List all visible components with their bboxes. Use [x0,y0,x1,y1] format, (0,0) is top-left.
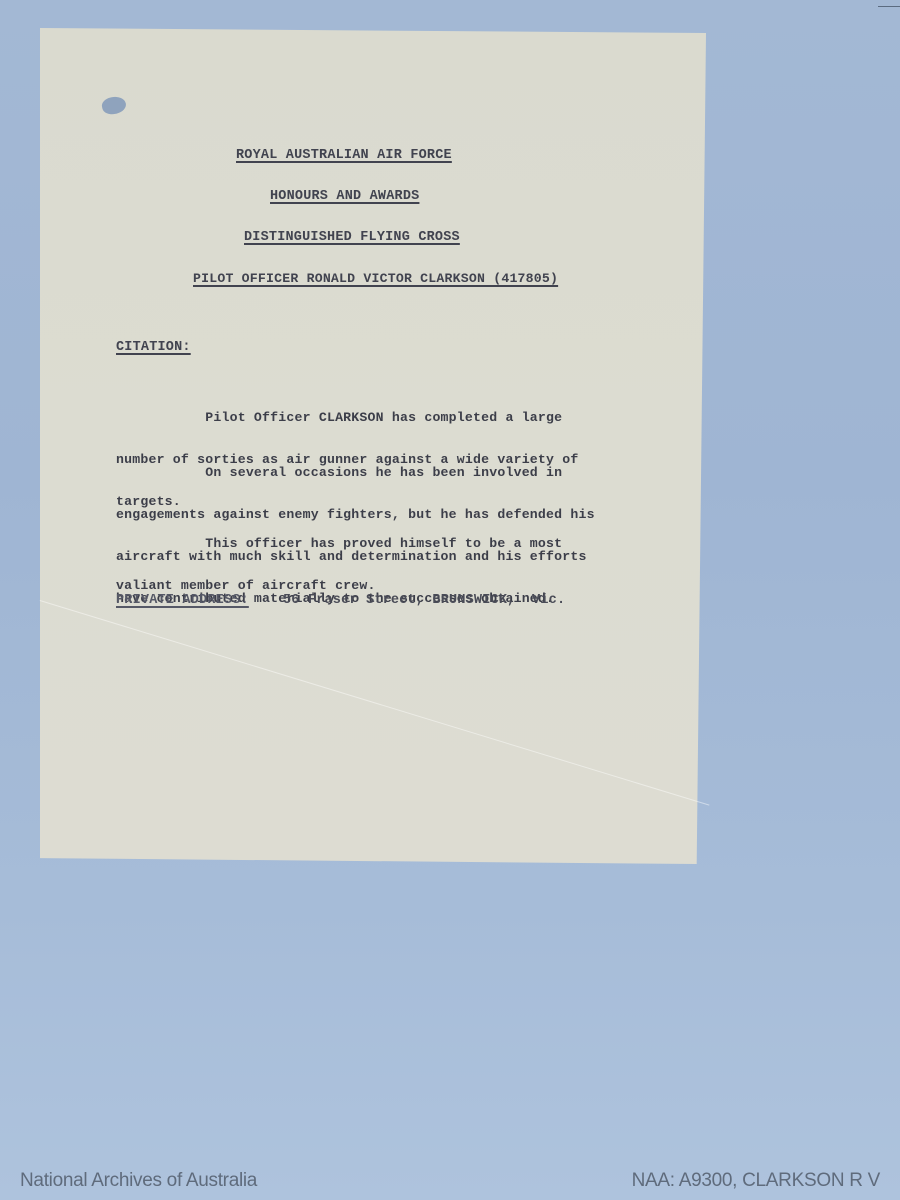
paragraph-line: On several occasions he has been involve… [116,466,595,480]
footer-archive-name: National Archives of Australia [20,1170,257,1192]
heading-honours: HONOURS AND AWARDS [270,190,419,204]
address-value: 56 Fraser Street, BRUNSWICK, Vic. [283,594,565,608]
citation-label: CITATION: [116,341,191,355]
paragraph-line: valiant member of aircraft crew. [116,579,562,593]
paragraph-line: Pilot Officer CLARKSON has completed a l… [116,411,579,425]
paragraph-line: This officer has proved himself to be a … [116,537,562,551]
heading-raaf: ROYAL AUSTRALIAN AIR FORCE [236,149,452,163]
address-label: PRIVATE ADDRESS: [116,594,249,608]
corner-mark [878,6,900,7]
footer-reference: NAA: A9300, CLARKSON R V [632,1170,880,1192]
heading-award: DISTINGUISHED FLYING CROSS [244,231,460,245]
heading-recipient: PILOT OFFICER RONALD VICTOR CLARKSON (41… [193,272,558,286]
